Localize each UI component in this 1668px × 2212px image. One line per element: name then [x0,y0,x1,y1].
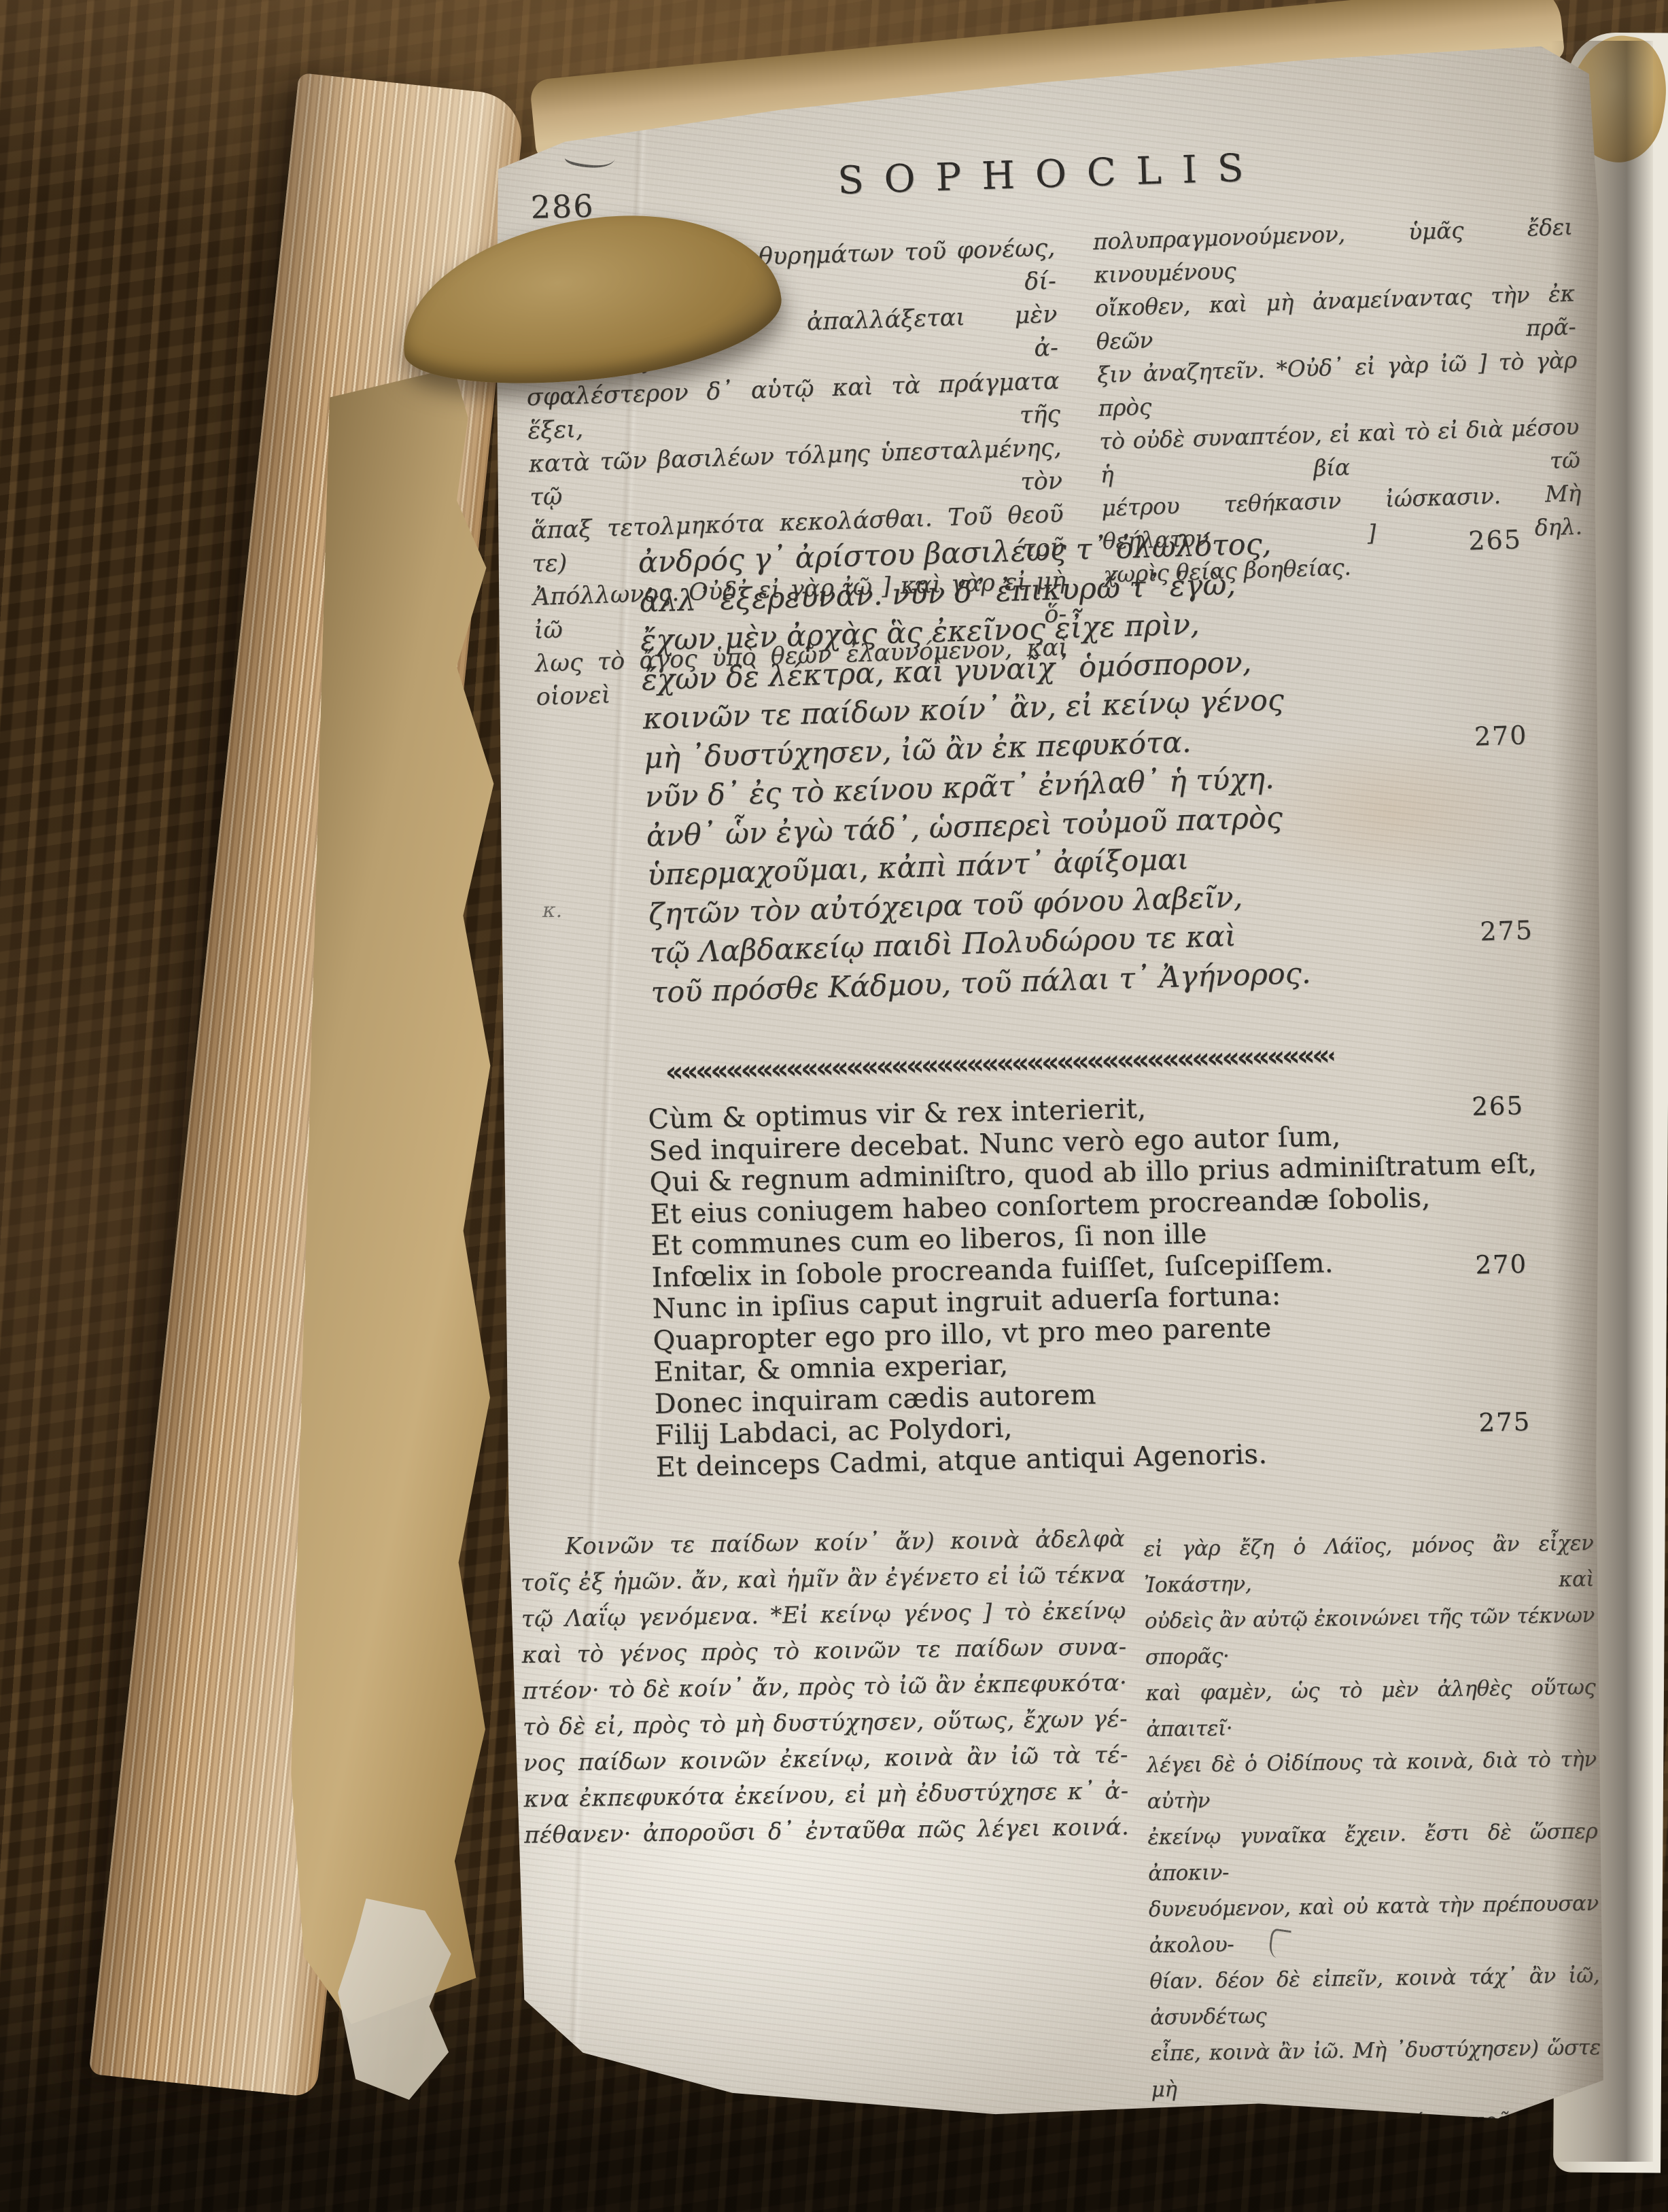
gutter-shadow [1551,41,1653,2162]
greek-verse-block: ἀνδρός γ᾽ ἀρίστου βασιλέως τ᾽ ὀλωλότος, … [638,515,1603,1012]
ornament-divider: ««««««««««««««««««««««««««««««««««««««««… [665,1038,1334,1086]
book-photo: 286 SOPHOCLIS σκήπτω ταῦτα ἐπὶ θυρημάτων… [0,0,1668,2212]
scholia-line: θίαν. δέον δὲ εἰπεῖν, κοινὰ τάχ᾽ ἂν ἰῶ, … [1149,1958,1600,2036]
scholia-line: δυνευόμενον, καὶ οὐ κατὰ τὴν πρέπουσαν ἀ… [1149,1886,1599,1964]
scholia-line: πέθανεν· ἀποροῦσι δ᾽ ἐνταῦθα πῶς λέγει κ… [524,1810,1130,1854]
bottom-scholia: Κοινῶν τε παίδων κοίν᾽ ἄν) κοινὰ ἀδελφὰτ… [421,1514,1618,1531]
scholia-line: παιδοποιήσασθαι. Τὸ κείνου κρᾶτα ) τὴν ἐ… [1151,2102,1602,2180]
verse-line-number: 275 [1480,911,1534,952]
pen-checkmark [564,143,616,173]
scholia-line: καὶ φαμὲν, ὡς τὸ μὲν ἀληθὲς οὕτως ἀπαιτε… [1145,1670,1596,1748]
bottom-scholia-left-column: Κοινῶν τε παίδων κοίν᾽ ἄν) κοινὰ ἀδελφὰτ… [520,1521,1130,1854]
scholia-line: εἶπε, κοινὰ ἂν ἰῶ. Μὴ ᾽δυστύχησεν) ὥστε … [1150,2030,1601,2108]
latin-verse-block: Cùm & optimus vir & rex interierit, 265 … [648,1083,1621,1483]
scholia-line: οὐδεὶς ἂν αὐτῷ ἐκοινώνει τῆς τῶν τέκνων … [1145,1597,1595,1676]
bottom-scholia-right-column: εἰ γὰρ ἔζη ὁ Λάϊος, μόνος ἂν εἶχεν Ἰοκάσ… [1143,1525,1602,2180]
scholia-line: εἰ γὰρ ἔζη ὁ Λάϊος, μόνος ἂν εἶχεν Ἰοκάσ… [1143,1525,1594,1604]
running-header: SOPHOCLIS [788,144,1313,205]
verse-line-number: 270 [1474,716,1528,757]
scholia-line: ἐκείνῳ γυναῖκα ἔχειν. ἔστι δὲ ὥσπερ ἀποκ… [1147,1814,1598,1892]
verse-line-number: 265 [1468,520,1523,561]
scholia-line: λέγει δὲ ὁ Οἰδίπους τὰ κοινὰ, διὰ τὸ τὴν… [1147,1742,1597,1820]
margin-annotation: κ. [542,899,562,922]
